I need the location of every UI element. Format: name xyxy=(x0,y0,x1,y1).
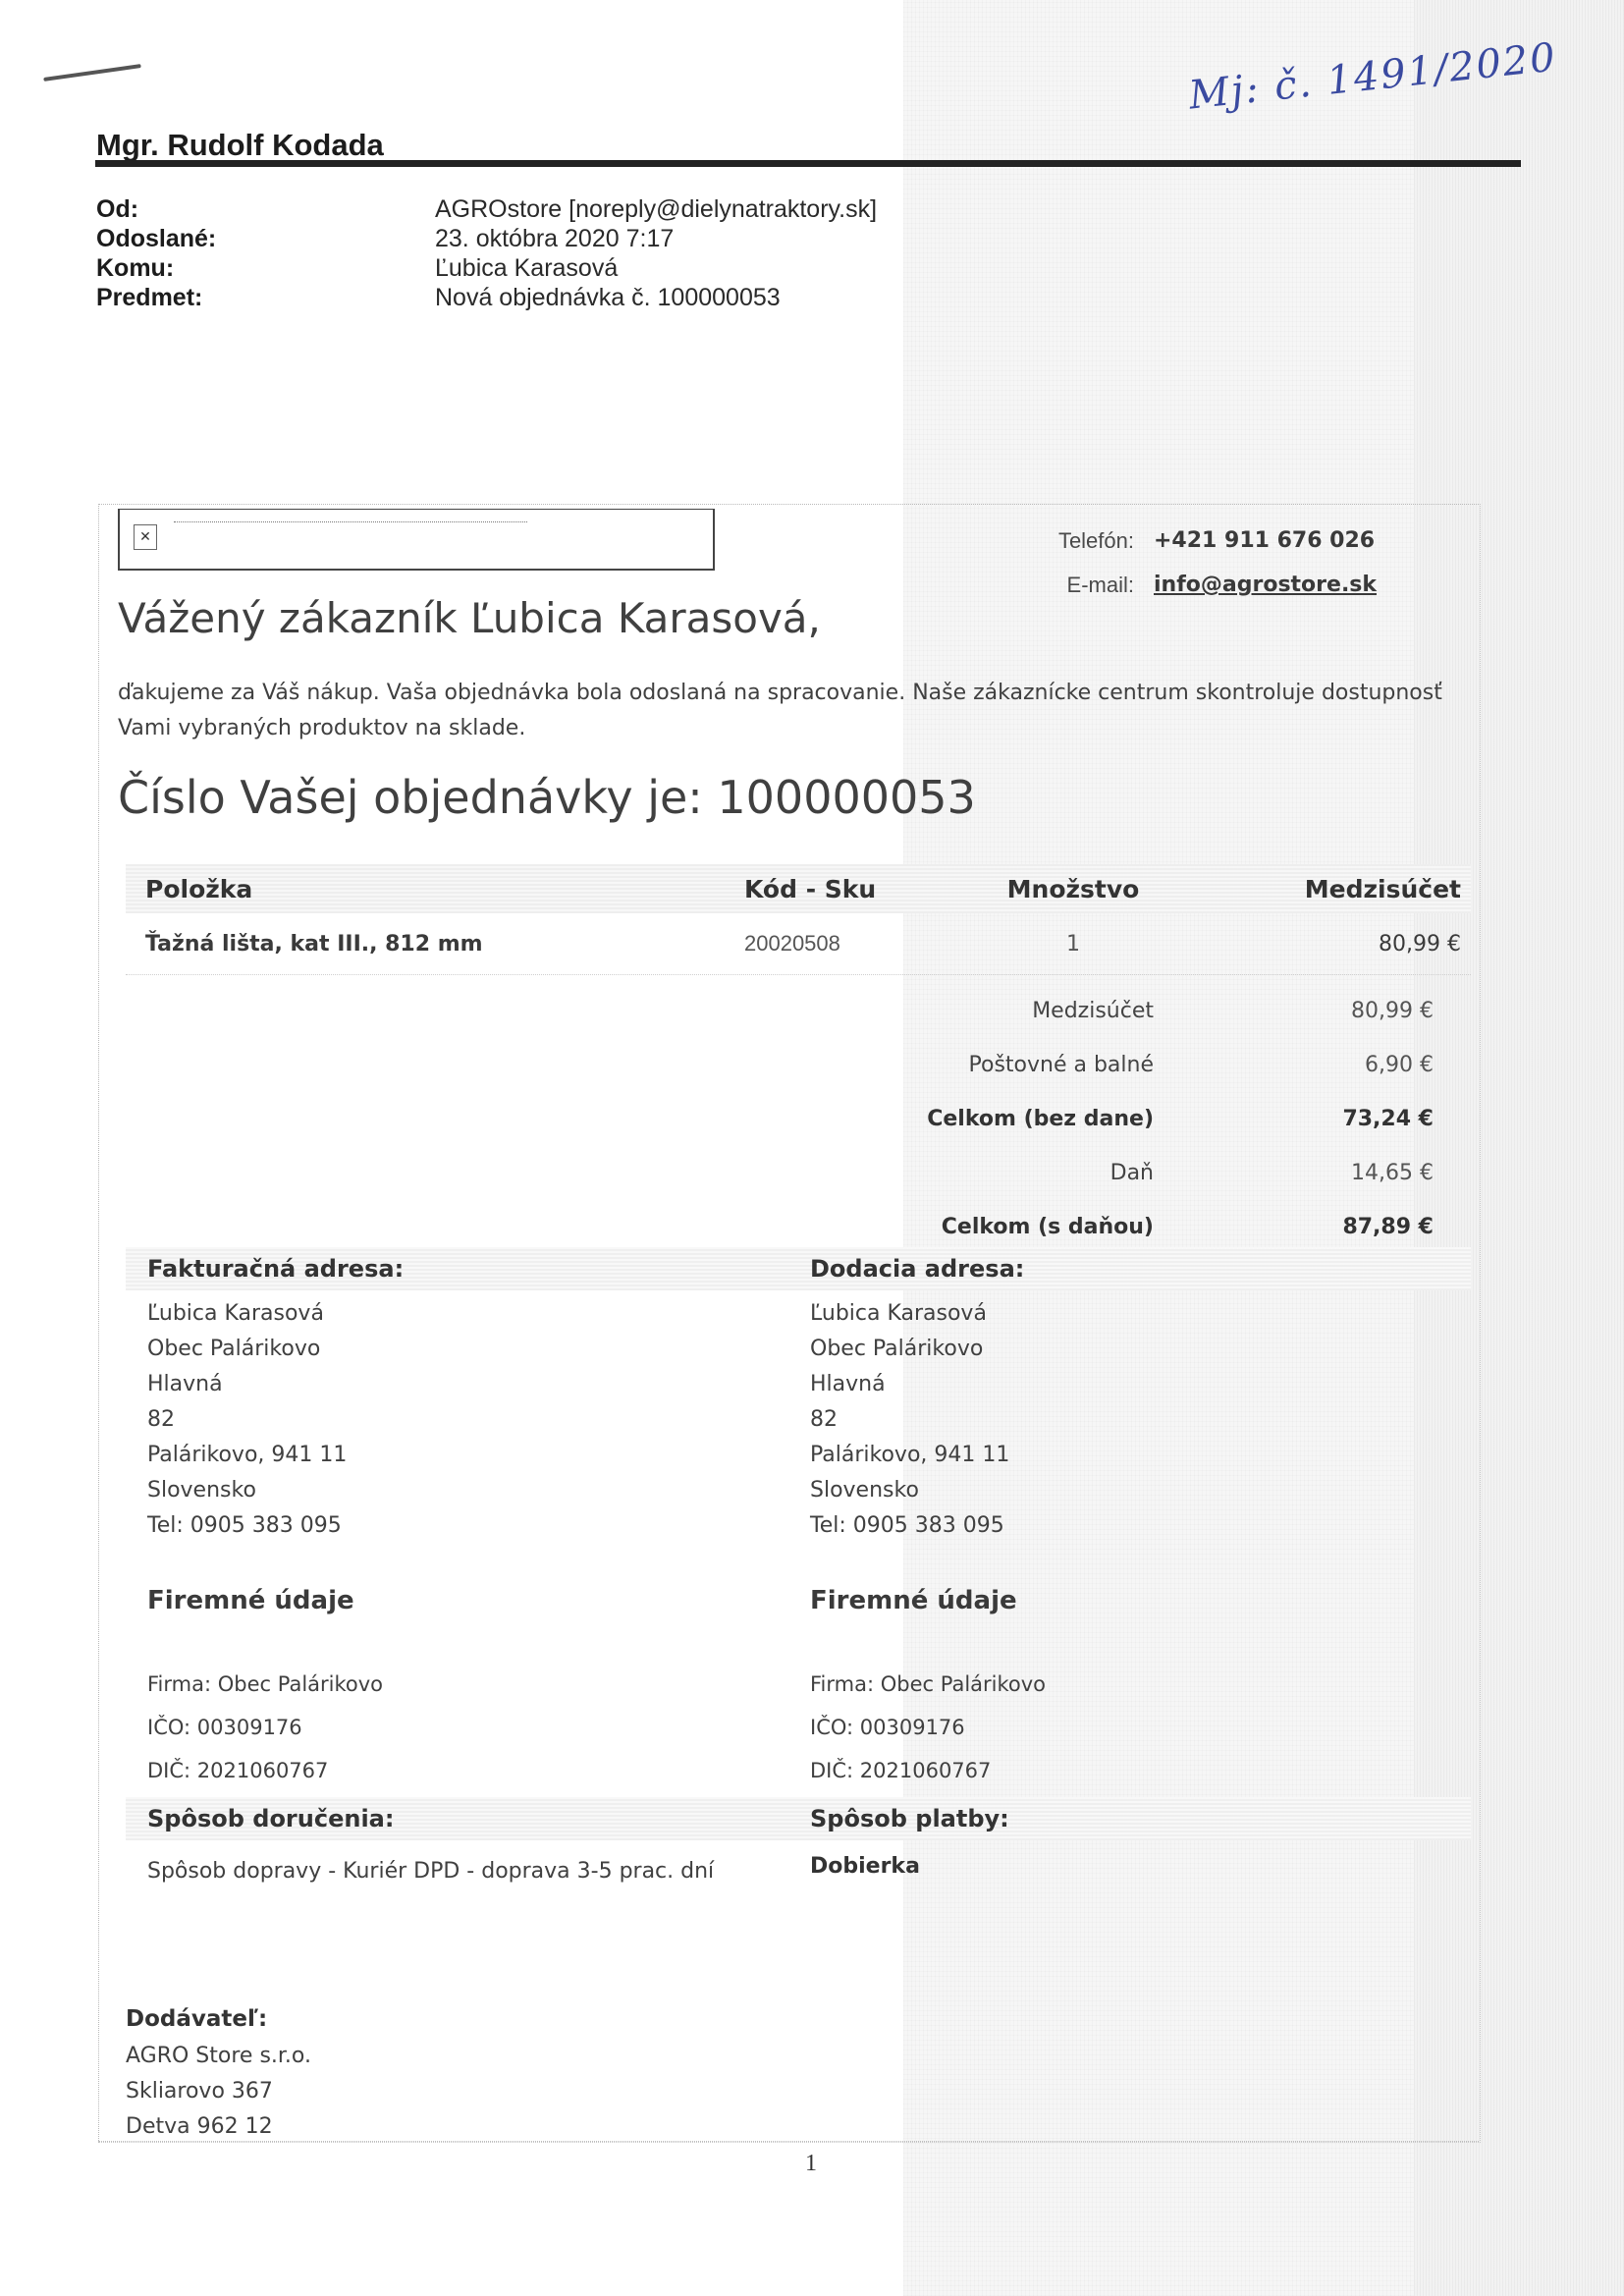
total-value: 73,24 € xyxy=(1154,1107,1434,1131)
address-line: Tel: 0905 383 095 xyxy=(147,1508,788,1544)
col-header-qty: Množstvo xyxy=(950,875,1196,903)
stray-pen-mark xyxy=(43,64,141,82)
address-line: Obec Palárikovo xyxy=(810,1332,1471,1367)
image-alt-text xyxy=(174,521,527,525)
broken-image-icon: ✕ xyxy=(134,524,157,550)
total-label: Medzisúčet xyxy=(785,999,1154,1023)
supplier-title: Dodávateľ: xyxy=(126,1999,311,2039)
company-line: DIČ: 2021060767 xyxy=(147,1749,788,1792)
col-header-item: Položka xyxy=(126,875,685,903)
field-value: Nová objednávka č. 100000053 xyxy=(435,283,781,312)
phone-label: Telefón: xyxy=(997,519,1154,563)
total-row-shipping: Poštovné a balné 6,90 € xyxy=(785,1038,1443,1092)
store-contact: Telefón: +421 911 676 026 E-mail: info@a… xyxy=(997,519,1377,607)
company-info-section: Firemné údaje Firma: Obec Palárikovo IČO… xyxy=(126,1586,1471,1792)
address-line: Palárikovo, 941 11 xyxy=(147,1438,788,1473)
delivery-payment-headers: Spôsob doručenia: Spôsob platby: xyxy=(126,1797,1471,1840)
total-row-subtotal: Medzisúčet 80,99 € xyxy=(785,984,1443,1038)
supplier-line: Detva 962 12 xyxy=(126,2109,311,2145)
address-line: Palárikovo, 941 11 xyxy=(810,1438,1471,1473)
email-field-from: Od: AGROstore [noreply@dielynatraktory.s… xyxy=(96,194,877,224)
address-headers: Fakturačná adresa: Dodacia adresa: xyxy=(126,1247,1471,1290)
total-value: 14,65 € xyxy=(1154,1161,1434,1185)
intro-text: ďakujeme za Váš nákup. Vaša objednávka b… xyxy=(118,676,1473,746)
item-sku: 20020508 xyxy=(685,931,950,957)
email-link[interactable]: info@agrostore.sk xyxy=(1154,563,1377,607)
delivery-method-cell: Spôsob dopravy - Kuriér DPD - doprava 3-… xyxy=(126,1854,788,1889)
address-line: Obec Palárikovo xyxy=(147,1332,788,1367)
company-line: IČO: 00309176 xyxy=(810,1706,1471,1749)
item-subtotal: 80,99 € xyxy=(1196,932,1471,957)
total-row-tax: Daň 14,65 € xyxy=(785,1146,1443,1200)
field-label: Odoslané: xyxy=(96,224,435,253)
order-items-table: Položka Kód - Sku Množstvo Medzisúčet Ťa… xyxy=(126,864,1471,975)
field-value: AGROstore [noreply@dielynatraktory.sk] xyxy=(435,194,877,224)
delivery-method-text: Spôsob dopravy - Kuriér DPD - doprava 3-… xyxy=(147,1854,766,1889)
total-value: 6,90 € xyxy=(1154,1053,1434,1077)
payment-method-title: Spôsob platby: xyxy=(788,1805,1471,1832)
order-number-heading: Číslo Vašej objednávky je: 100000053 xyxy=(118,771,976,824)
total-row-net: Celkom (bez dane) 73,24 € xyxy=(785,1092,1443,1146)
order-totals: Medzisúčet 80,99 € Poštovné a balné 6,90… xyxy=(785,984,1443,1254)
email-field-subject: Predmet: Nová objednávka č. 100000053 xyxy=(96,283,877,312)
billing-address-title: Fakturačná adresa: xyxy=(126,1255,788,1283)
address-line: Tel: 0905 383 095 xyxy=(810,1508,1471,1544)
total-label: Celkom (bez dane) xyxy=(785,1107,1154,1131)
field-value: 23. októbra 2020 7:17 xyxy=(435,224,674,253)
address-line: Slovensko xyxy=(810,1473,1471,1508)
billing-address: Ľubica Karasová Obec Palárikovo Hlavná 8… xyxy=(126,1296,788,1544)
email-label: E-mail: xyxy=(997,563,1154,607)
table-row: Ťažná lišta, kat III., 812 mm 20020508 1… xyxy=(126,913,1471,975)
field-label: Komu: xyxy=(96,253,435,283)
greeting: Vážený zákazník Ľubica Karasová, xyxy=(118,594,821,642)
delivery-payment-section: Spôsob doručenia: Spôsob platby: Spôsob … xyxy=(126,1797,1471,1889)
company-line: IČO: 00309176 xyxy=(147,1706,788,1749)
payment-method-cell: Dobierka xyxy=(788,1854,1471,1889)
logo-image-placeholder: ✕ xyxy=(118,509,715,571)
email-header-fields: Od: AGROstore [noreply@dielynatraktory.s… xyxy=(96,194,877,312)
panel-bottom-rule xyxy=(98,2141,1479,2142)
supplier-line: Skliarovo 367 xyxy=(126,2074,311,2109)
address-line: Slovensko xyxy=(147,1473,788,1508)
address-line: 82 xyxy=(147,1402,788,1438)
phone-number: +421 911 676 026 xyxy=(1154,519,1375,563)
total-value: 80,99 € xyxy=(1154,999,1434,1023)
supplier-info: Dodávateľ: AGRO Store s.r.o. Skliarovo 3… xyxy=(126,1999,311,2145)
total-label: Celkom (s daňou) xyxy=(785,1215,1154,1239)
supplier-line: AGRO Store s.r.o. xyxy=(126,2039,311,2074)
company-line: DIČ: 2021060767 xyxy=(810,1749,1471,1792)
shipping-address: Ľubica Karasová Obec Palárikovo Hlavná 8… xyxy=(788,1296,1471,1544)
company-title: Firemné údaje xyxy=(810,1586,1471,1615)
col-header-subtotal: Medzisúčet xyxy=(1196,875,1471,903)
recipient-header-name: Mgr. Rudolf Kodada xyxy=(96,128,384,163)
table-header: Položka Kód - Sku Množstvo Medzisúčet xyxy=(126,864,1471,913)
address-line: Ľubica Karasová xyxy=(810,1296,1471,1332)
col-header-sku: Kód - Sku xyxy=(685,875,950,903)
email-field-to: Komu: Ľubica Karasová xyxy=(96,253,877,283)
item-qty: 1 xyxy=(950,932,1196,957)
shipping-address-title: Dodacia adresa: xyxy=(788,1255,1471,1283)
field-label: Od: xyxy=(96,194,435,224)
field-label: Predmet: xyxy=(96,283,435,312)
total-value: 87,89 € xyxy=(1154,1215,1434,1239)
company-title: Firemné údaje xyxy=(147,1586,788,1615)
company-line: Firma: Obec Palárikovo xyxy=(810,1663,1471,1706)
page-number: 1 xyxy=(805,2151,817,2177)
payment-method-text: Dobierka xyxy=(810,1854,1471,1879)
total-row-gross: Celkom (s daňou) 87,89 € xyxy=(785,1200,1443,1254)
total-label: Poštovné a balné xyxy=(785,1053,1154,1077)
address-line: 82 xyxy=(810,1402,1471,1438)
shipping-company: Firemné údaje Firma: Obec Palárikovo IČO… xyxy=(788,1586,1471,1792)
address-line: Hlavná xyxy=(147,1367,788,1402)
company-line: Firma: Obec Palárikovo xyxy=(147,1663,788,1706)
email-field-sent: Odoslané: 23. októbra 2020 7:17 xyxy=(96,224,877,253)
field-value: Ľubica Karasová xyxy=(435,253,618,283)
billing-company: Firemné údaje Firma: Obec Palárikovo IČO… xyxy=(126,1586,788,1792)
item-name: Ťažná lišta, kat III., 812 mm xyxy=(126,932,685,957)
address-section: Fakturačná adresa: Dodacia adresa: Ľubic… xyxy=(126,1247,1471,1544)
header-divider xyxy=(95,160,1521,167)
address-line: Hlavná xyxy=(810,1367,1471,1402)
address-line: Ľubica Karasová xyxy=(147,1296,788,1332)
delivery-method-title: Spôsob doručenia: xyxy=(126,1805,788,1832)
total-label: Daň xyxy=(785,1161,1154,1185)
